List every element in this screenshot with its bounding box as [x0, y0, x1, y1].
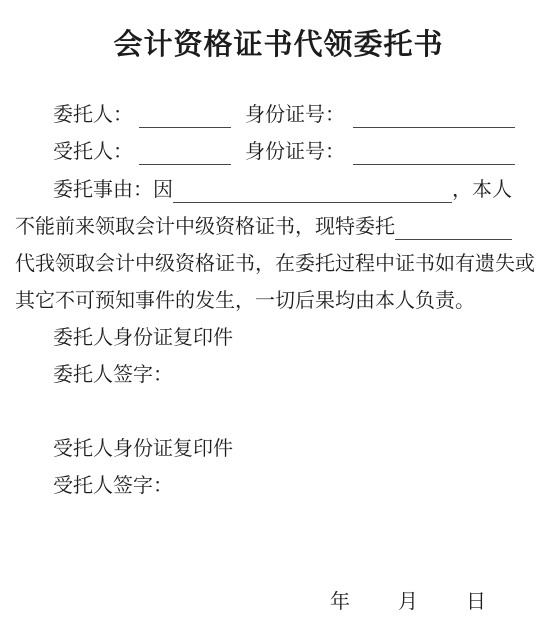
trustee-id-field[interactable] [353, 141, 515, 165]
authorization-letter-page: 会计资格证书代领委托书 委托人： 身份证号： 受托人： 身份证号： 委托事由：因… [0, 0, 557, 624]
principal-name-field[interactable] [139, 104, 231, 128]
body-line-2-text: 不能前来领取会计中级资格证书，现特委托 [15, 214, 395, 240]
trustee-id-label: 身份证号： [245, 139, 345, 165]
trustee-id-copy-label: 受托人身份证复印件 [53, 436, 233, 462]
trustee-row: 受托人： 身份证号： [53, 139, 515, 165]
trustee-name-field[interactable] [139, 141, 231, 165]
principal-signature-label: 委托人签字： [53, 362, 173, 388]
principal-signature-row: 委托人签字： [53, 362, 173, 388]
reason-label: 委托事由：因 [53, 177, 173, 203]
principal-id-label: 身份证号： [245, 102, 345, 128]
trustee-signature-label: 受托人签字： [53, 473, 173, 499]
principal-id-copy-row: 委托人身份证复印件 [53, 325, 233, 351]
delegate-name-field[interactable] [395, 216, 512, 240]
principal-id-field[interactable] [353, 104, 515, 128]
principal-label: 委托人： [53, 102, 133, 128]
page-title: 会计资格证书代领委托书 [0, 22, 557, 63]
year-label: 年 [330, 589, 350, 615]
body-line-4: 其它不可预知事件的发生，一切后果均由本人负责。 [15, 288, 545, 314]
principal-id-copy-label: 委托人身份证复印件 [53, 325, 233, 351]
reason-suffix: ，本人 [452, 177, 512, 203]
body-line-3: 代我领取会计中级资格证书，在委托过程中证书如有遗失或 [15, 251, 545, 277]
trustee-label: 受托人： [53, 139, 133, 165]
date-row: 年 月 日 [330, 589, 486, 615]
body-line-4-text: 其它不可预知事件的发生，一切后果均由本人负责。 [15, 288, 475, 314]
trustee-id-copy-row: 受托人身份证复印件 [53, 436, 233, 462]
reason-row: 委托事由：因 ，本人 [53, 177, 512, 203]
trustee-signature-row: 受托人签字： [53, 473, 173, 499]
day-label: 日 [466, 589, 486, 615]
month-label: 月 [398, 589, 418, 615]
principal-row: 委托人： 身份证号： [53, 102, 515, 128]
body-line-2: 不能前来领取会计中级资格证书，现特委托 [15, 214, 512, 240]
body-line-3-text: 代我领取会计中级资格证书，在委托过程中证书如有遗失或 [15, 251, 535, 277]
reason-field[interactable] [173, 179, 452, 203]
